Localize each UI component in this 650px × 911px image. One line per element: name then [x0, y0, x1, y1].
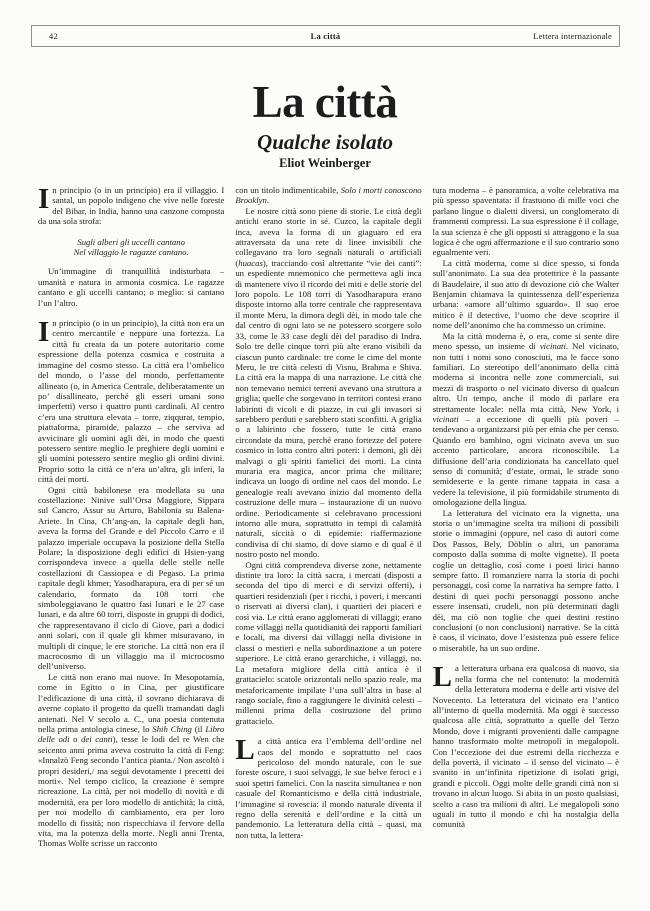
- journal-name: Lettera internazionale: [533, 31, 612, 41]
- text-column: tura moderna – è panoramica, a volte cel…: [433, 185, 619, 899]
- poem-strophe: Sugli alberi gli uccelli cantanoNel vill…: [38, 237, 224, 258]
- poem-line: Sugli alberi gli uccelli cantano: [38, 237, 224, 247]
- dropcap-paragraph: La città antica era l’emblema dell’ordin…: [235, 736, 421, 840]
- dropcap-paragraph: La letteratura urbana era qualcosa di nu…: [433, 663, 619, 830]
- article-title: La città: [0, 78, 650, 126]
- running-header: 42 La città Lettera internazionale: [31, 25, 620, 47]
- running-title: La città: [32, 31, 619, 41]
- paragraph: La letteratura del vicinato era la vigne…: [433, 508, 619, 654]
- paragraph: La città moderna, come si dice spesso, s…: [433, 258, 619, 331]
- paragraph: Ma la città moderna è, o era, come si se…: [433, 331, 619, 508]
- drop-cap: L: [433, 663, 455, 690]
- text-column: con un titolo indimenticabile, Solo i mo…: [235, 185, 421, 899]
- paragraph: tura moderna – è panoramica, a volte cel…: [433, 185, 619, 258]
- dropcap-paragraph: In principio (o in un principio) era il …: [38, 185, 224, 227]
- article-subtitle: Qualche isolato: [0, 130, 650, 154]
- drop-cap: I: [38, 318, 52, 345]
- paragraph: Ogni città babilonese era modellata su u…: [38, 485, 224, 672]
- paragraph: Un’immagine di tranquillità indisturbata…: [38, 266, 224, 308]
- drop-cap: I: [38, 185, 52, 212]
- dropcap-paragraph: In principio (o in un principio), la cit…: [38, 318, 224, 485]
- page-number: 42: [49, 31, 58, 41]
- magazine-page: 42 La città Lettera internazionale La ci…: [0, 0, 650, 911]
- article-columns: In principio (o in un principio) era il …: [38, 185, 619, 899]
- paragraph: Le nostre città sono piene di storie. Le…: [235, 206, 421, 560]
- paragraph: Ogni città comprendeva diverse zone, net…: [235, 560, 421, 727]
- drop-cap: L: [235, 736, 257, 763]
- paragraph: con un titolo indimenticabile, Solo i mo…: [235, 185, 421, 206]
- poem-line: Nel villaggio le ragazze cantano.: [38, 247, 224, 257]
- paragraph: Le città non erano mai nuove. In Mesopot…: [38, 672, 224, 849]
- author-name: Eliot Weinberger: [0, 156, 650, 171]
- text-column: In principio (o in un principio) era il …: [38, 185, 224, 899]
